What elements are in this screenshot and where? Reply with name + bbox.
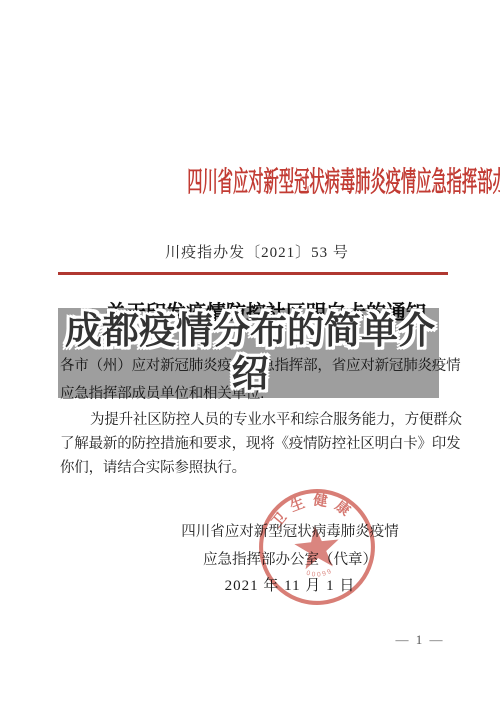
paragraph-line-1: 为提升社区防控人员的专业水平和综合服务能力，方便群众 [60,408,480,429]
paragraph-line-3: 你们，请结合实际参照执行。 [60,456,450,477]
seal-arc-text: 卫生健康 [266,486,361,532]
paragraph-line-2: 了解最新的防控措施和要求，现将《疫情防控社区明白卡》印发 [60,432,450,453]
letterhead-org-title: 四川省应对新型冠状病毒肺炎疫情应急指挥部办公室文件 [28,160,500,200]
overlay-caption: 成都疫情分布的简单介 绍 [0,309,500,395]
overlay-caption-line-1: 成都疫情分布的简单介 [0,309,500,352]
page-number: — 1 — [380,632,460,648]
overlay-caption-line-2: 绍 [0,352,500,395]
official-seal-stamp: 卫生健康 00099 [250,480,384,614]
letterhead-divider-line [58,272,448,275]
seal-star-icon [293,523,342,570]
svg-text:00099: 00099 [305,567,335,580]
letterhead-org-title-text: 四川省应对新型冠状病毒肺炎疫情应急指挥部办公室文件 [187,160,500,200]
document-number: 川疫指办发〔2021〕53 号 [7,241,500,262]
svg-text:卫生健康: 卫生健康 [266,486,361,532]
seal-serial-text: 00099 [305,567,335,580]
